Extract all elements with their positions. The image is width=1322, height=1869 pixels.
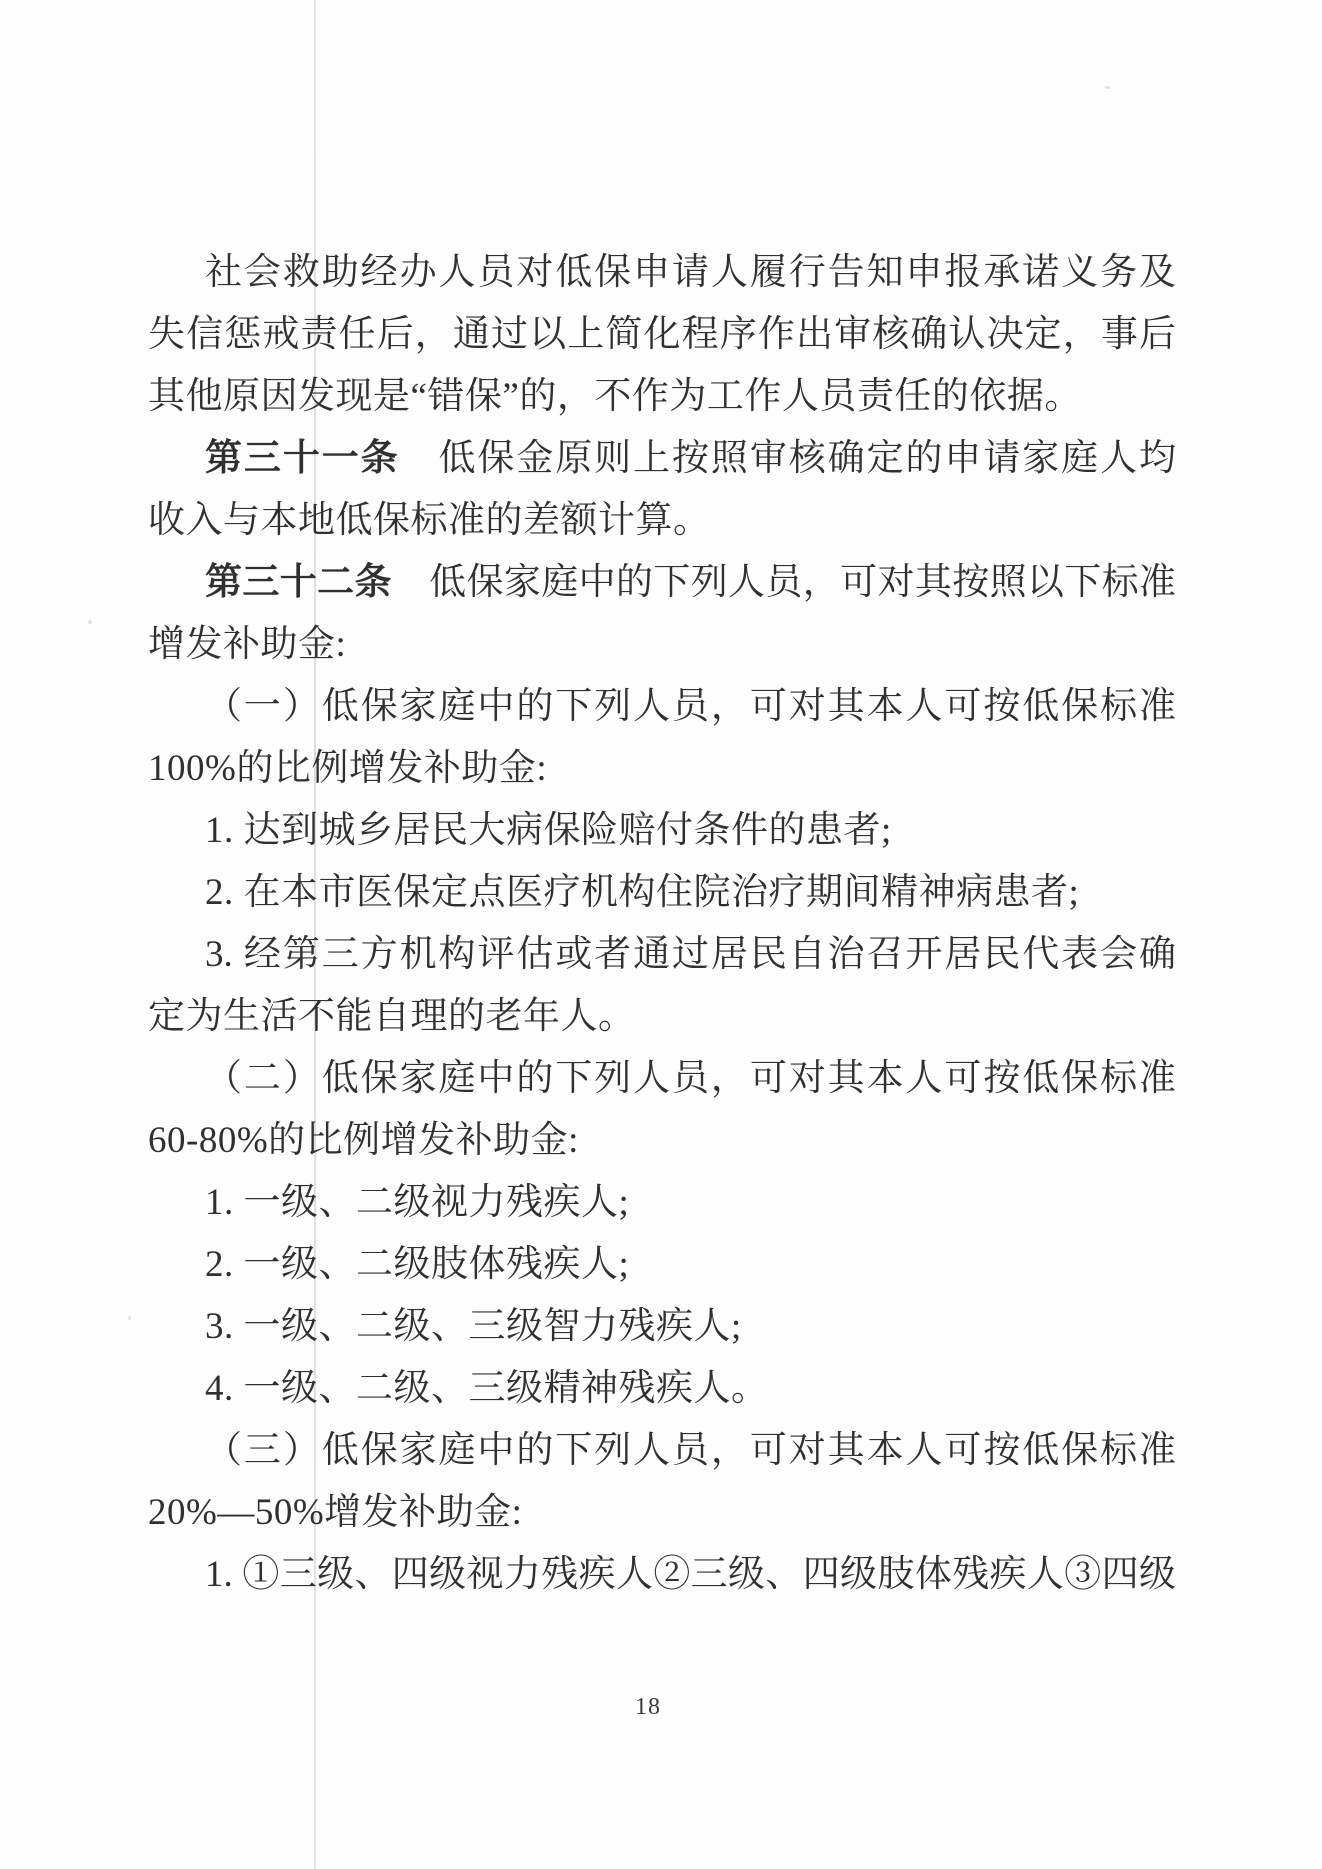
- text-line: 1. 一级、二级视力残疾人;: [148, 1172, 1176, 1234]
- text-line: 其他原因发现是“错保”的，不作为工作人员责任的依据。: [148, 366, 1176, 428]
- scan-speck: [128, 1316, 131, 1320]
- text-line: 2. 一级、二级肢体残疾人;: [148, 1234, 1176, 1296]
- text-line: 失信惩戒责任后，通过以上简化程序作出审核确认决定，事后因: [148, 304, 1176, 366]
- text-line: 1. ①三级、四级视力残疾人②三级、四级肢体残疾人③四级: [148, 1544, 1176, 1606]
- text-line: 定为生活不能自理的老年人。: [148, 986, 1176, 1048]
- text-line: 1. 达到城乡居民大病保险赔付条件的患者;: [148, 800, 1176, 862]
- scanned-document-page: 社会救助经办人员对低保申请人履行告知申报承诺义务及失信惩戒责任后，通过以上简化程…: [0, 0, 1322, 1869]
- text-line: 增发补助金:: [148, 614, 1176, 676]
- text-line: 2. 在本市医保定点医疗机构住院治疗期间精神病患者;: [148, 862, 1176, 924]
- text-line: 第三十一条 低保金原则上按照审核确定的申请家庭人均: [148, 428, 1176, 490]
- text-line: 社会救助经办人员对低保申请人履行告知申报承诺义务及: [148, 242, 1176, 304]
- text-line: 3. 一级、二级、三级智力残疾人;: [148, 1296, 1176, 1358]
- scan-speck: [88, 620, 92, 624]
- page-number: 18: [0, 1694, 1296, 1721]
- text-line: 4. 一级、二级、三级精神残疾人。: [148, 1358, 1176, 1420]
- text-line: 20%—50%增发补助金:: [148, 1482, 1176, 1544]
- article-heading: 第三十一条: [205, 438, 400, 479]
- text-line: （一）低保家庭中的下列人员，可对其本人可按低保标准: [148, 676, 1176, 738]
- text-line: 100%的比例增发补助金:: [148, 738, 1176, 800]
- text-line: 3. 经第三方机构评估或者通过居民自治召开居民代表会确: [148, 924, 1176, 986]
- text-line: 60-80%的比例增发补助金:: [148, 1110, 1176, 1172]
- text-line: （三）低保家庭中的下列人员，可对其本人可按低保标准: [148, 1420, 1176, 1482]
- text-line: 收入与本地低保标准的差额计算。: [148, 490, 1176, 552]
- article-heading: 第三十二条: [205, 562, 392, 603]
- document-body: 社会救助经办人员对低保申请人履行告知申报承诺义务及失信惩戒责任后，通过以上简化程…: [148, 242, 1176, 1606]
- text-line: 第三十二条 低保家庭中的下列人员，可对其按照以下标准: [148, 552, 1176, 614]
- scan-speck: [1105, 86, 1110, 89]
- scan-speck: [958, 1069, 962, 1072]
- text-line: （二）低保家庭中的下列人员，可对其本人可按低保标准: [148, 1048, 1176, 1110]
